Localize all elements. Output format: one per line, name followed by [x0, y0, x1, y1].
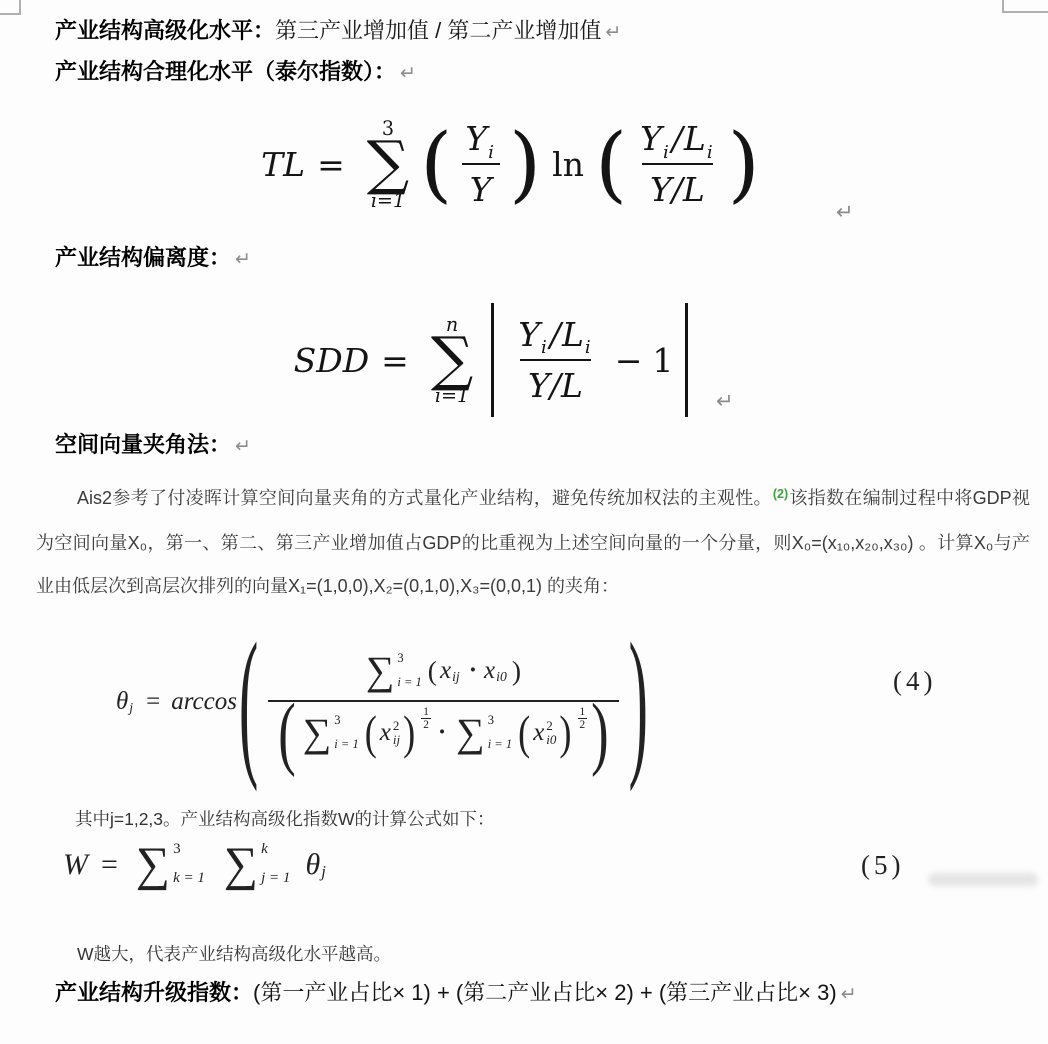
equation-number-5: (5) — [861, 850, 904, 881]
heading-label: 产业结构合理化水平（泰尔指数）： — [55, 59, 396, 84]
var: x — [533, 719, 544, 747]
summation-block: n ∑ i=1 — [431, 315, 473, 406]
var: Y — [465, 119, 487, 158]
sum-lower-limit: i = 1 — [488, 738, 512, 751]
var: x — [440, 657, 451, 685]
subscript: ij — [452, 669, 460, 685]
paragraph-mark-icon: ↵ — [400, 62, 416, 84]
subscript: i — [707, 142, 713, 163]
sum-upper-limit: 3 — [173, 842, 205, 857]
subscript: i0 — [496, 669, 507, 685]
exponent-numerator: 1 — [578, 706, 588, 718]
equation-number-4: (4) — [893, 666, 936, 697]
right-paren: ) — [512, 655, 521, 687]
sup-sub-stack: 2ij — [393, 719, 400, 748]
sum-upper-limit: k — [261, 842, 290, 857]
dot-operator: · — [469, 657, 477, 685]
sum-limits: 3i = 1 — [331, 713, 358, 753]
sum-lower-limit: k = 1 — [173, 871, 205, 886]
var: Y/L — [650, 170, 705, 209]
subscript: j — [321, 862, 326, 882]
heading-label: 空间向量夹角法： — [55, 432, 231, 457]
sup-sub-stack: 2i0 — [546, 719, 556, 748]
slash: / — [672, 119, 683, 158]
photo-smudge — [928, 873, 1038, 886]
numerator: Yi/Li — [632, 119, 722, 163]
heading-label: 产业结构高级化水平： — [55, 18, 275, 43]
sigma-symbol: ∑ — [136, 841, 170, 889]
paragraph-mark-icon: ↵ — [605, 21, 621, 43]
formula-sdd: SDD = n ∑ i=1 Yi/Li Y/L − 1 — [0, 296, 1048, 424]
slash: / — [550, 315, 561, 354]
var: L — [684, 119, 706, 158]
sum-lower-limit: i=1 — [435, 386, 469, 405]
sum-upper-limit: 3 — [488, 714, 512, 727]
heading-definition: 第三产业增加值 / 第二产业增加值 — [275, 18, 601, 43]
summation-block: ∑ 3k = 1 — [136, 841, 205, 889]
formula-lhs: W — [63, 848, 88, 882]
summation-block: 3 ∑ i=1 — [367, 119, 409, 210]
sum-upper-limit: 3 — [397, 652, 421, 665]
formula-lhs: TL — [261, 145, 305, 184]
subscript: i — [663, 142, 669, 163]
note-w-meaning: W越大，代表产业结构高级化水平越高。 — [77, 941, 391, 966]
table-corner-mark-right — [1002, 0, 1048, 13]
superscript: 2 — [546, 719, 553, 733]
heading-deviation-degree: 产业结构偏离度：↵ — [55, 241, 251, 272]
sigma-symbol: ∑ — [367, 139, 409, 189]
half-exponent: 12 — [578, 706, 588, 732]
var: L — [562, 315, 584, 354]
equals-sign: = — [101, 848, 118, 882]
denominator: Y — [462, 163, 500, 209]
formula-row: SDD = n ∑ i=1 Yi/Li Y/L − 1 — [294, 303, 689, 417]
half-exponent: 12 — [421, 706, 431, 732]
numerator: Yi — [457, 119, 504, 163]
equals-sign: = — [381, 341, 409, 380]
left-paren: ( — [428, 655, 437, 687]
denominator: Y/L — [520, 359, 591, 405]
heading-label: 产业结构升级指数： — [55, 980, 253, 1005]
var: x — [484, 657, 495, 685]
subscript: j — [129, 700, 133, 716]
sum-limits: 3i = 1 — [394, 651, 421, 691]
formula-arccos-theta: θj = arccos ( ∑ 3i = 1 ( xij · xi0 ) ( ∑… — [116, 608, 650, 796]
summation-block: ∑ kj = 1 — [224, 841, 291, 889]
heading-definition: (第一产业占比× 1) + (第二产业占比× 2) + (第三产业占比× 3) — [253, 980, 837, 1005]
number-one: 1 — [652, 341, 673, 380]
arccos-operator: arccos — [171, 688, 237, 716]
formula-lhs: SDD — [294, 341, 370, 380]
sum-limits: 3k = 1 — [170, 841, 205, 889]
sum-lower-limit: i = 1 — [397, 676, 421, 689]
sum-upper-limit: 3 — [334, 714, 358, 727]
citation-superscript[interactable]: (2) — [773, 487, 788, 501]
sigma-symbol: ∑ — [431, 335, 473, 385]
summation-block: ∑ 3i = 1 — [303, 713, 359, 753]
heading-rationalization-theil: 产业结构合理化水平（泰尔指数）：↵ — [55, 55, 416, 86]
paragraph-mark-icon: ↵ — [235, 435, 251, 457]
sigma-symbol: ∑ — [456, 713, 485, 753]
body-paragraph: Ais2参考了付凌晖计算空间向量夹角的方式量化产业结构，避免传统加权法的主观性。… — [36, 477, 1030, 608]
subscript: i0 — [546, 733, 556, 747]
formula-row: TL = 3 ∑ i=1 ( Yi Y ) ln ( Yi/Li Y/L ) — [261, 119, 761, 210]
exponent-numerator: 1 — [421, 706, 431, 718]
fraction: Yi/Li Y/L — [632, 119, 722, 209]
table-corner-mark-left — [0, 0, 21, 15]
formula-w-sum: W = ∑ 3k = 1 ∑ kj = 1 θj — [63, 841, 328, 889]
formula-theil-index: TL = 3 ∑ i=1 ( Yi Y ) ln ( Yi/Li Y/L ) — [0, 92, 1048, 237]
ln-operator: ln — [552, 145, 584, 184]
exponent-denominator: 2 — [421, 718, 431, 731]
summation-block: ∑ 3i = 1 — [366, 651, 422, 691]
sigma-symbol: ∑ — [366, 651, 395, 691]
paragraph-mark-icon: ↵ — [235, 248, 251, 270]
summation-block: ∑ 3i = 1 — [456, 713, 512, 753]
heading-upgrade-index: 产业结构升级指数：(第一产业占比× 1) + (第二产业占比× 2) + (第三… — [55, 976, 857, 1007]
sum-limits: kj = 1 — [258, 841, 290, 889]
superscript: 2 — [393, 719, 400, 733]
numerator: ∑ 3i = 1 ( xij · xi0 ) — [353, 651, 534, 700]
fraction: Yi Y — [457, 119, 504, 209]
heading-industrial-advancement: 产业结构高级化水平：第三产业增加值 / 第二产业增加值↵ — [55, 14, 621, 45]
equals-sign: = — [317, 145, 345, 184]
paragraph-mark-icon: ↵ — [836, 200, 854, 224]
heading-label: 产业结构偏离度： — [55, 245, 231, 270]
formula-lhs: θ — [116, 688, 128, 716]
sigma-symbol: ∑ — [303, 713, 332, 753]
var: x — [380, 719, 391, 747]
minus-sign: − — [615, 341, 643, 380]
subscript: ij — [393, 733, 400, 747]
sigma-symbol: ∑ — [224, 841, 258, 889]
denominator: Y/L — [642, 163, 713, 209]
equals-sign: = — [146, 688, 160, 716]
denominator: ( ∑ 3i = 1 ( x 2ij ) 12 · ∑ 3i = 1 ( x 2… — [268, 700, 618, 753]
heading-vector-angle-method: 空间向量夹角法：↵ — [55, 428, 251, 459]
sum-limits: 3i = 1 — [485, 713, 512, 753]
note-j-values: 其中j=1,2,3。产业结构高级化指数W的计算公式如下： — [75, 806, 495, 831]
sum-lower-limit: j = 1 — [261, 871, 290, 886]
var-theta: θ — [305, 848, 320, 882]
dot-operator: · — [438, 719, 446, 747]
document-page: 产业结构高级化水平：第三产业增加值 / 第二产业增加值↵ 产业结构合理化水平（泰… — [0, 0, 1048, 1044]
exponent-denominator: 2 — [578, 718, 588, 731]
var: Y — [518, 315, 540, 354]
absolute-value-block: Yi/Li Y/L − 1 — [491, 303, 688, 417]
var: Y — [470, 170, 492, 209]
paragraph-mark-icon: ↵ — [716, 389, 734, 413]
sum-lower-limit: i = 1 — [334, 738, 358, 751]
var: Y — [640, 119, 662, 158]
sum-lower-limit: i=1 — [371, 191, 405, 210]
subscript: i — [541, 337, 547, 358]
var: Y/L — [528, 366, 583, 405]
fraction: ∑ 3i = 1 ( xij · xi0 ) ( ∑ 3i = 1 ( x 2i… — [268, 651, 618, 753]
paragraph-text: Ais2参考了付凌晖计算空间向量夹角的方式量化产业结构，避免传统加权法的主观性。 — [77, 488, 772, 508]
paragraph-mark-icon: ↵ — [841, 983, 857, 1005]
subscript: i — [585, 337, 591, 358]
subscript: i — [488, 142, 494, 163]
fraction: Yi/Li Y/L — [510, 315, 600, 405]
numerator: Yi/Li — [510, 315, 600, 359]
